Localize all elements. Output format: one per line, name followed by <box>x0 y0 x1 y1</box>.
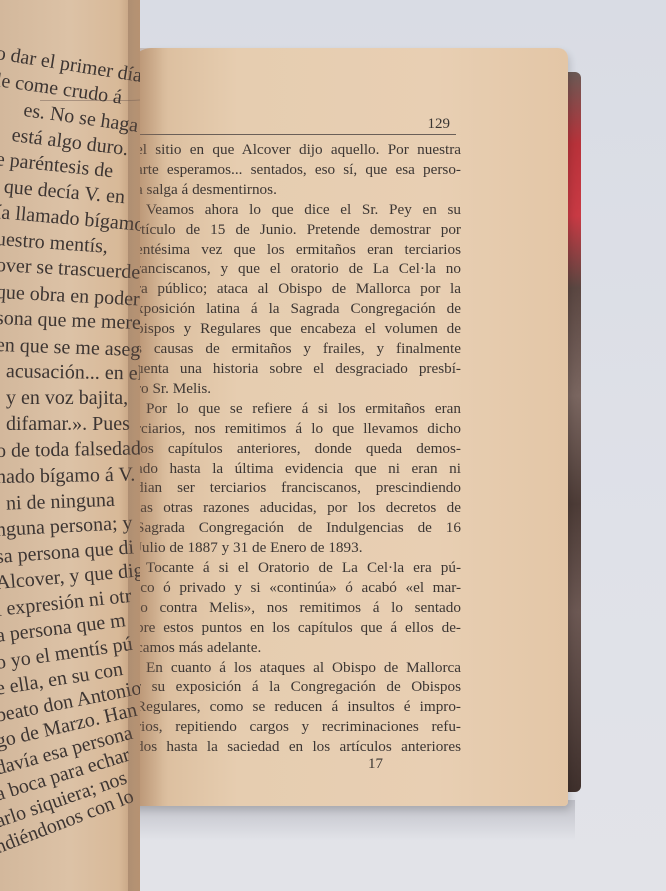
text-line: io contra Melis», nos remitimos á lo sen… <box>136 598 461 618</box>
text-line: ro Sr. Melis. <box>136 379 461 399</box>
text-line: xposición latina á la Sagrada Congregaci… <box>136 299 461 319</box>
book-photo: 129 el sitio en que Alcover dijo aquello… <box>0 0 666 891</box>
text-line: difamar.». Pues <box>0 411 140 438</box>
right-page: 129 el sitio en que Alcover dijo aquello… <box>128 48 568 806</box>
left-page-text: o dar el primer día le come crudo á es. … <box>0 40 140 862</box>
text-line: dian ser terciarios franciscanos, presci… <box>136 478 461 498</box>
text-line: En cuanto á los ataques al Obispo de Mal… <box>136 658 461 678</box>
text-line: bre estos puntos en los capítulos que á … <box>136 618 461 638</box>
text-line: a salga á desmentirnos. <box>136 180 461 200</box>
text-line: rciarios, nos remitimos á lo que llevamo… <box>136 419 461 439</box>
page-number: 129 <box>428 116 451 133</box>
text-line: r su exposición á la Congregación de Obi… <box>136 677 461 697</box>
book-shadow <box>135 800 575 840</box>
left-page: o dar el primer día le come crudo á es. … <box>0 0 140 891</box>
text-line: rtículo de 15 de Junio. Pretende demostr… <box>136 220 461 240</box>
text-line: Veamos ahora lo que dice el Sr. Pey en s… <box>136 200 461 220</box>
text-line: Sagrada Congregación de Indulgencias de … <box>136 518 461 538</box>
page-body-text: el sitio en que Alcover dijo aquello. Po… <box>136 140 461 757</box>
text-line: ranciscanos, y que el oratorio de La Cel… <box>136 259 461 279</box>
text-line: las otras razones aducidas, por los decr… <box>136 498 461 518</box>
running-head: 129 <box>138 116 456 135</box>
text-line: dos hasta la saciedad en los artículos a… <box>136 737 461 757</box>
text-line: el sitio en que Alcover dijo aquello. Po… <box>136 140 461 160</box>
text-line: , y en voz bajita, <box>0 385 140 412</box>
text-line: o de toda falsedad <box>0 435 140 464</box>
text-line: ra público; ataca al Obispo de Mallorca … <box>136 279 461 299</box>
left-page-edge-shadow <box>128 0 140 891</box>
text-line: s causas de ermitaños y frailes, y final… <box>136 339 461 359</box>
text-line: los capítulos anteriores, donde queda de… <box>136 439 461 459</box>
text-line: ico ó privado y si «continúa» ó acabó «e… <box>136 578 461 598</box>
text-line: acusación... en el <box>0 358 140 387</box>
text-line: Tocante á si el Oratorio de La Cel·la er… <box>136 558 461 578</box>
text-line: rios, repitiendo cargos y recriminacione… <box>136 717 461 737</box>
text-line: Por lo que se refiere á si los ermitaños… <box>136 399 461 419</box>
text-line: ado hasta la última evidencia que ni era… <box>136 459 461 479</box>
text-line: Julio de 1887 y 31 de Enero de 1893. <box>136 538 461 558</box>
signature-mark: 17 <box>368 756 383 773</box>
text-line: bispos y Regulares que encabeza el volum… <box>136 319 461 339</box>
text-line: camos más adelante. <box>136 638 461 658</box>
text-line: entésima vez que los ermitaños eran terc… <box>136 240 461 260</box>
text-line: uenta una historia sobre el desgraciado … <box>136 359 461 379</box>
text-line: Regulares, como se reducen á insultos é … <box>136 697 461 717</box>
text-line: arte esperamos... sentados, eso sí, que … <box>136 160 461 180</box>
